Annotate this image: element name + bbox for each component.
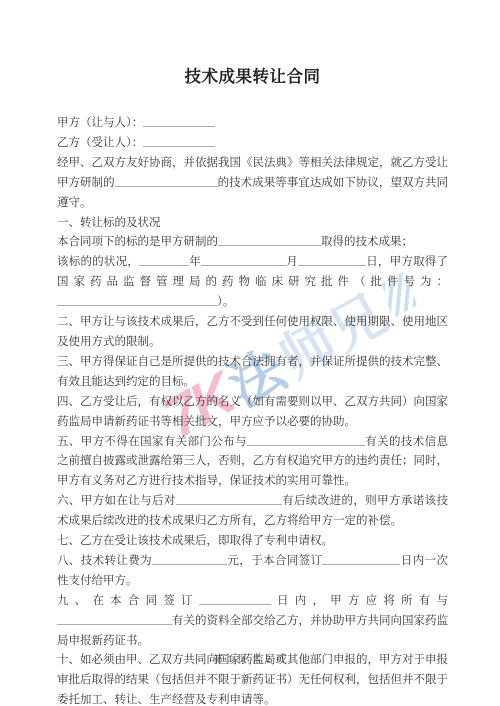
- paragraph-text: 六、甲方如在让与后对: [57, 495, 176, 507]
- paragraph-text: 该标的的状况，: [57, 256, 139, 268]
- fill-in-blank-line: [218, 234, 321, 246]
- contract-paragraph: 六、甲方如在让与后对有后续改进的，则甲方承诺该技术成果后续改进的技术成果归乙方所…: [57, 492, 448, 532]
- paragraph-text: 年: [189, 256, 201, 268]
- fill-in-blank-line: [143, 115, 215, 127]
- contract-paragraph: 该标的的状况，年月日，甲方取得了国家药品监督管理局的药物临床研究批件（批件号为：…: [57, 253, 448, 313]
- paragraph-text: 一、转让标的及状况: [57, 217, 161, 229]
- paragraph-text: 五、甲方不得在国家有关部门公布与: [57, 436, 247, 448]
- contract-document-page: 7K 法 师兄 技术成果转让合同 甲方（让与人）：乙方（受让人）：经甲、乙双方友…: [0, 0, 500, 706]
- fill-in-blank-line: [199, 593, 271, 605]
- paragraph-text: 二、甲方让与该技术成果后，乙方不受到任何使用权限、使用期限、使用地区及使用方式的…: [57, 316, 448, 348]
- fill-in-blank-line: [57, 613, 172, 625]
- contract-paragraph: 五、甲方不得在国家有关部门公布与有关的技术信息之前擅自披露或泄露给第三人，否则，…: [57, 433, 448, 493]
- document-body-column: 技术成果转让合同 甲方（让与人）：乙方（受让人）：经甲、乙双方友好协商，并依据我…: [57, 0, 448, 706]
- contract-paragraph: 经甲、乙双方友好协商，并依据我国《民法典》等相关法律规定，就乙方受让甲方研制的的…: [57, 154, 448, 214]
- paragraph-text: 三、甲方得保证自己是所提供的技术合法拥有者，并保证所提供的技术完整、有效且能达到…: [57, 356, 448, 388]
- contract-paragraph: 九、在本合同签订日内，甲方应将所有与有关的资料全部交给乙方，并协助甲方共同向国家…: [57, 592, 448, 652]
- fill-in-blank-line: [57, 294, 217, 306]
- fill-in-blank-line: [247, 434, 365, 446]
- paragraph-text: 乙方（受让人）：: [57, 137, 143, 149]
- page-title: 技术成果转让合同: [57, 63, 448, 87]
- paragraph-text: 本合同项下的标的是甲方研制的: [57, 236, 218, 248]
- paragraph-text: 七、乙方在受让该技术成果后，即取得了专利申请权。: [57, 535, 333, 547]
- fill-in-blank-line: [139, 254, 189, 266]
- fill-in-blank-line: [152, 553, 227, 565]
- paragraph-text: 四、乙方受让后，有权以乙方的名义（如有需要则以甲、乙双方共同）向国家药监局申请新…: [57, 396, 448, 428]
- paragraph-text: 月: [286, 256, 298, 268]
- fill-in-blank-line: [176, 493, 282, 505]
- contract-paragraph: 八、技术转让费为元，于本合同签订日内一次性支付给甲方。: [57, 552, 448, 592]
- paragraph-text: 九、在本合同签订: [57, 595, 199, 607]
- contract-paragraph: 三、甲方得保证自己是所提供的技术合法拥有者，并保证所提供的技术完整、有效且能达到…: [57, 353, 448, 393]
- contract-clauses: 甲方（让与人）：乙方（受让人）：经甲、乙双方友好协商，并依据我国《民法典》等相关…: [57, 114, 448, 706]
- fill-in-blank-line: [298, 254, 366, 266]
- fill-in-blank-line: [143, 135, 215, 147]
- paragraph-text: 元，于本合同签订: [227, 555, 322, 567]
- paragraph-text: ）。: [217, 296, 234, 308]
- paragraph-text: 甲方（让与人）：: [57, 117, 143, 129]
- paragraph-text: 取得的技术成果；: [321, 236, 413, 248]
- contract-paragraph: 本合同项下的标的是甲方研制的取得的技术成果；: [57, 233, 448, 253]
- contract-paragraph: 二、甲方让与该技术成果后，乙方不受到任何使用权限、使用期限、使用地区及使用方式的…: [57, 313, 448, 353]
- fill-in-blank-line: [201, 254, 286, 266]
- paragraph-text: 八、技术转让费为: [57, 555, 152, 567]
- contract-paragraph: 七、乙方在受让该技术成果后，即取得了专利申请权。: [57, 532, 448, 552]
- page-number-footer: 第 1 页 共 2 页: [0, 652, 500, 665]
- fill-in-blank-line: [322, 553, 400, 565]
- contract-paragraph: 四、乙方受让后，有权以乙方的名义（如有需要则以甲、乙双方共同）向国家药监局申请新…: [57, 393, 448, 433]
- contract-paragraph: 一、转让标的及状况: [57, 214, 448, 234]
- contract-paragraph: 乙方（受让人）：: [57, 134, 448, 154]
- fill-in-blank-line: [115, 175, 218, 187]
- contract-paragraph: 甲方（让与人）：: [57, 114, 448, 134]
- paragraph-text: 日内，甲方应将所有与: [271, 595, 448, 607]
